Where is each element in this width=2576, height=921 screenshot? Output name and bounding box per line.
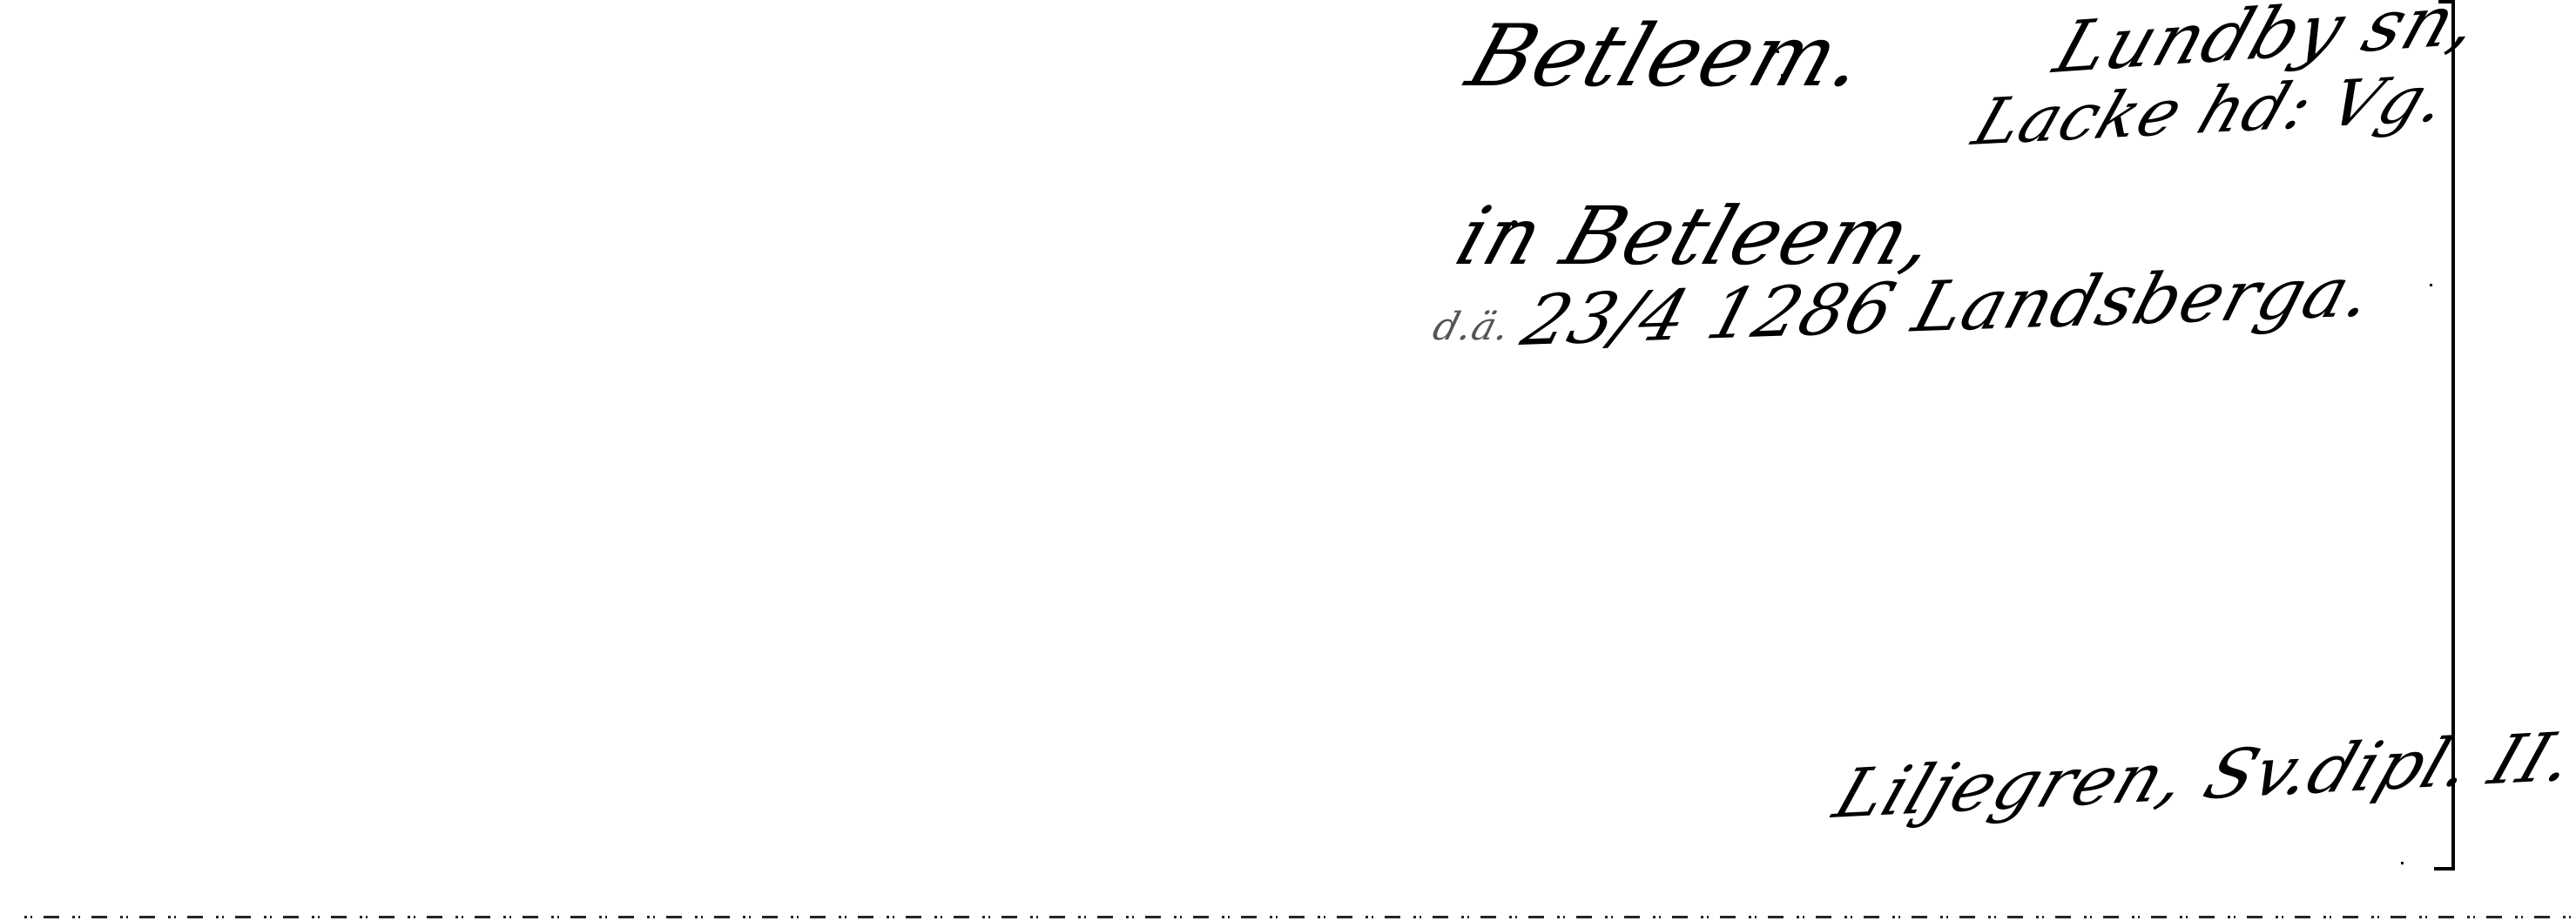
card-border-corner-top xyxy=(2438,0,2455,3)
ink-speck xyxy=(2401,862,2404,864)
source-reference: Liljegren, Sv.dipl. II. xyxy=(1824,718,2576,834)
card-right-border xyxy=(2451,0,2455,871)
ink-speck xyxy=(1777,50,1779,53)
card-heading: Betleem. xyxy=(1456,7,1879,106)
ink-speck xyxy=(1511,220,1518,227)
ink-speck xyxy=(1781,74,1784,77)
card-bottom-edge xyxy=(24,916,2576,918)
ink-speck xyxy=(2430,284,2432,286)
location-district: Lacke hd: Vg. xyxy=(1964,62,2458,160)
card-border-corner-bottom xyxy=(2434,867,2455,871)
entry-date-prefix: d.ä. xyxy=(1428,305,1515,349)
archive-card: Betleem. Lundby sn, Lacke hd: Vg. in Bet… xyxy=(0,0,2576,921)
